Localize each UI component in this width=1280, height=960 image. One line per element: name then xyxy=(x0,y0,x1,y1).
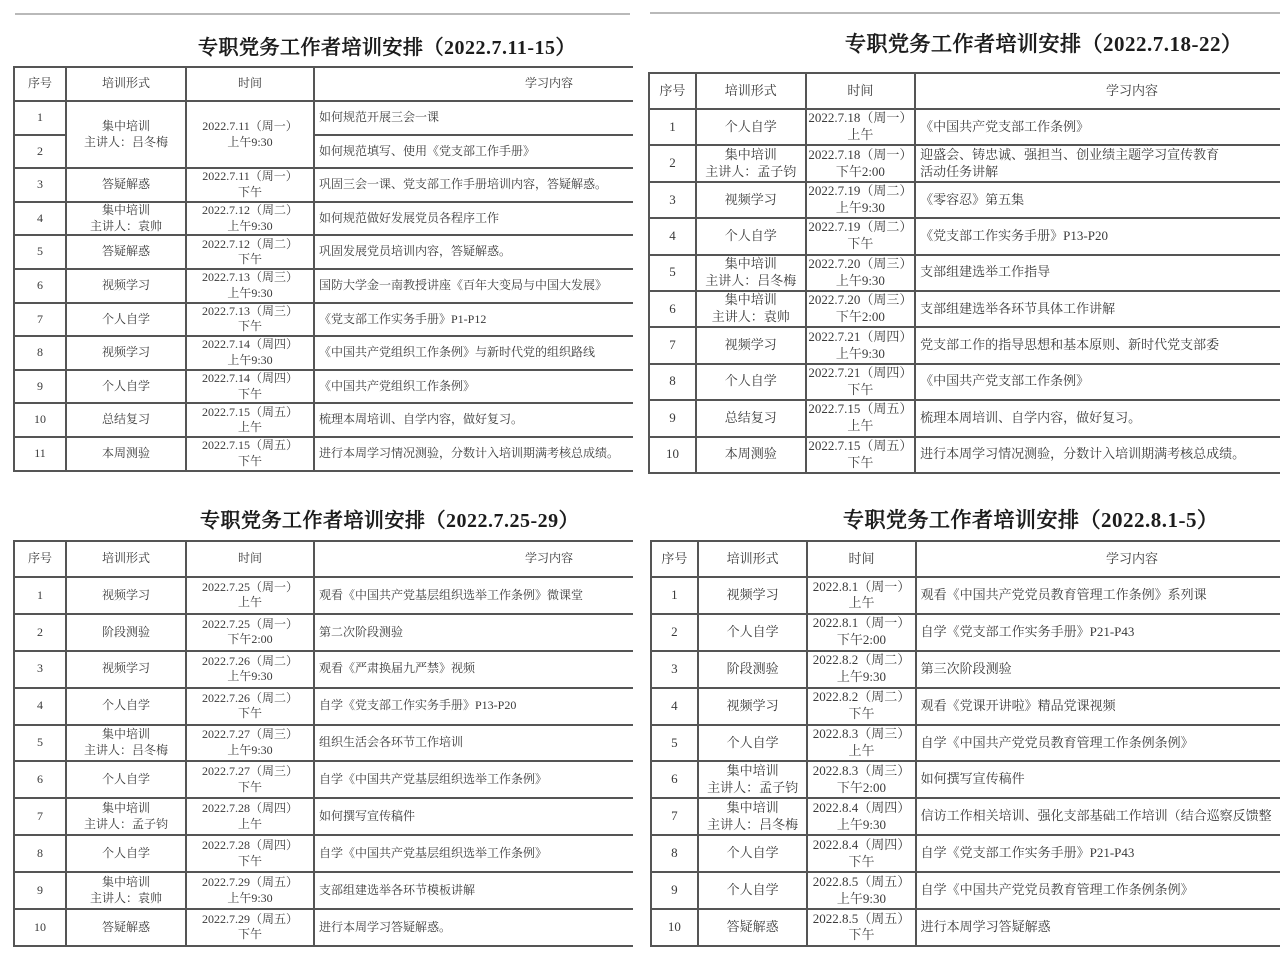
cell-time: 2022.7.13（周三） 上午9:30 xyxy=(186,269,314,303)
column-header-seq: 序号 xyxy=(651,541,698,577)
cell-form: 集中培训 主讲人：袁帅 xyxy=(66,202,186,236)
table-row: 10本周测验2022.7.15（周五） 下午进行本周学习情况测验，分数计入培训期… xyxy=(649,437,1280,473)
cell-content: 自学《党支部工作实务手册》P21-P43 xyxy=(916,614,1280,651)
table-row: 6集中培训 主讲人：袁帅2022.7.20（周三） 下午2:00支部组建选举各环… xyxy=(649,291,1280,327)
header-row: 序号 培训形式 时间 学习内容 xyxy=(651,541,1280,577)
cell-seq: 1 xyxy=(14,101,66,135)
table-row: 10答疑解惑2022.8.5（周五） 下午进行本周学习答疑解惑 xyxy=(651,909,1280,946)
table-row: 6视频学习2022.7.13（周三） 上午9:30国防大学金一南教授讲座《百年大… xyxy=(14,269,633,303)
table-row: 4个人自学2022.7.26（周二） 下午自学《党支部工作实务手册》P13-P2… xyxy=(14,688,633,725)
column-header-content: 学习内容 xyxy=(314,67,633,101)
column-header-seq: 序号 xyxy=(14,541,66,577)
table-row: 8个人自学2022.8.4（周四） 下午自学《党支部工作实务手册》P21-P43 xyxy=(651,835,1280,872)
cell-form: 阶段测验 xyxy=(66,614,186,651)
cell-time: 2022.7.18（周一） 上午 xyxy=(806,109,916,145)
cell-time: 2022.7.11（周一） 下午 xyxy=(186,168,314,202)
table-row: 9集中培训 主讲人：袁帅2022.7.29（周五） 上午9:30支部组建选举各环… xyxy=(14,872,633,909)
cell-seq: 5 xyxy=(14,235,66,269)
cell-time: 2022.7.15（周五） 下午 xyxy=(186,437,314,471)
cell-content: 自学《中国共产党党员教育管理工作条例条例》 xyxy=(916,872,1280,909)
column-header-form: 培训形式 xyxy=(696,73,806,109)
cell-seq: 10 xyxy=(14,909,66,946)
cell-seq: 4 xyxy=(651,688,698,725)
column-header-seq: 序号 xyxy=(649,73,696,109)
table-row: 5答疑解惑2022.7.12（周二） 下午巩固发展党员培训内容，答疑解惑。 xyxy=(14,235,633,269)
cell-seq: 3 xyxy=(651,651,698,688)
cell-form: 答疑解惑 xyxy=(66,235,186,269)
cell-content: 观看《中国共产党党员教育管理工作条例》系列课 xyxy=(916,577,1280,614)
cell-time: 2022.8.1（周一） 上午 xyxy=(807,577,915,614)
cell-form: 个人自学 xyxy=(66,688,186,725)
cell-seq: 2 xyxy=(14,614,66,651)
cell-form: 视频学习 xyxy=(696,182,806,218)
table-row: 5集中培训 主讲人：吕冬梅2022.7.27（周三） 上午9:30组织生活会各环… xyxy=(14,725,633,762)
cell-content: 观看《党课开讲啦》精品党课视频 xyxy=(916,688,1280,725)
cell-seq: 9 xyxy=(14,872,66,909)
cell-seq: 8 xyxy=(649,364,696,400)
cell-time: 2022.7.26（周二） 下午 xyxy=(186,688,314,725)
cell-seq: 9 xyxy=(14,370,66,404)
cell-form: 视频学习 xyxy=(696,327,806,363)
cell-seq: 4 xyxy=(14,202,66,236)
cell-form: 集中培训 主讲人：吕冬梅 xyxy=(66,101,186,168)
cell-time: 2022.7.25（周一） 上午 xyxy=(186,577,314,614)
cell-content: 第二次阶段测验 xyxy=(314,614,633,651)
cell-seq: 6 xyxy=(14,269,66,303)
cell-time: 2022.8.4（周四） 上午9:30 xyxy=(807,798,915,835)
cell-form: 个人自学 xyxy=(66,835,186,872)
cell-time: 2022.8.2（周二） 上午9:30 xyxy=(807,651,915,688)
cell-form: 个人自学 xyxy=(696,109,806,145)
cell-time: 2022.7.28（周四） 下午 xyxy=(186,835,314,872)
cell-seq: 5 xyxy=(14,725,66,762)
cell-content: 自学《中国共产党党员教育管理工作条例条例》 xyxy=(916,725,1280,762)
training-schedule-table-week1: 序号 培训形式 时间 学习内容 1集中培训 主讲人：吕冬梅2022.7.11（周… xyxy=(13,66,633,472)
table-row: 7视频学习2022.7.21（周四） 上午9:30党支部工作的指导思想和基本原则… xyxy=(649,327,1280,363)
scanned-training-schedule-page: { "page": { "background_color": "#ffffff… xyxy=(0,0,1280,960)
cell-time: 2022.7.15（周五） 下午 xyxy=(806,437,916,473)
cell-time: 2022.7.28（周四） 上午 xyxy=(186,798,314,835)
table-row: 8视频学习2022.7.14（周四） 上午9:30《中国共产党组织工作条例》与新… xyxy=(14,336,633,370)
table-row: 3阶段测验2022.8.2（周二） 上午9:30第三次阶段测验 xyxy=(651,651,1280,688)
column-header-form: 培训形式 xyxy=(66,541,186,577)
cell-content: 信访工作相关培训、强化支部基础工作培训（结合巡察反馈整 xyxy=(916,798,1280,835)
cell-content: 观看《中国共产党基层组织选举工作条例》微课堂 xyxy=(314,577,633,614)
cell-form: 视频学习 xyxy=(66,577,186,614)
cell-seq: 5 xyxy=(649,255,696,291)
cell-content: 观看《严肃换届九严禁》视频 xyxy=(314,651,633,688)
cell-content: 进行本周学习答疑解惑 xyxy=(916,909,1280,946)
cell-form: 视频学习 xyxy=(66,651,186,688)
cell-content: 支部组建选举各环节具体工作讲解 xyxy=(915,291,1280,327)
table-title-week4: 专职党务工作者培训安排（2022.8.1-5） xyxy=(843,504,1219,534)
cell-content: 《党支部工作实务手册》P1-P12 xyxy=(314,303,633,337)
cell-time: 2022.7.18（周一） 下午2:00 xyxy=(806,145,916,181)
cell-seq: 1 xyxy=(14,577,66,614)
column-header-time: 时间 xyxy=(186,541,314,577)
cell-time: 2022.7.15（周五） 上午 xyxy=(806,400,916,436)
cell-seq: 8 xyxy=(14,835,66,872)
cell-form: 集中培训 主讲人：吕冬梅 xyxy=(698,798,808,835)
column-header-content: 学习内容 xyxy=(314,541,633,577)
table-row: 3答疑解惑2022.7.11（周一） 下午巩固三会一课、党支部工作手册培训内容，… xyxy=(14,168,633,202)
cell-time: 2022.8.5（周五） 上午9:30 xyxy=(807,872,915,909)
cell-form: 个人自学 xyxy=(66,370,186,404)
table-row: 2集中培训 主讲人：孟子钧2022.7.18（周一） 下午2:00迎盛会、铸忠诚… xyxy=(649,145,1280,181)
cell-content: 自学《中国共产党基层组织选举工作条例》 xyxy=(314,835,633,872)
cell-seq: 7 xyxy=(651,798,698,835)
table-row: 7集中培训 主讲人：吕冬梅2022.8.4（周四） 上午9:30信访工作相关培训… xyxy=(651,798,1280,835)
training-schedule-table-week2: 序号 培训形式 时间 学习内容 1个人自学2022.7.18（周一） 上午《中国… xyxy=(648,72,1280,474)
cell-content: 如何规范填写、使用《党支部工作手册》 xyxy=(314,135,633,169)
cell-time: 2022.7.21（周四） 下午 xyxy=(806,364,916,400)
cell-seq: 3 xyxy=(14,651,66,688)
cell-seq: 10 xyxy=(14,403,66,437)
table-row: 1个人自学2022.7.18（周一） 上午《中国共产党支部工作条例》 xyxy=(649,109,1280,145)
cell-content: 支部组建选举各环节模板讲解 xyxy=(314,872,633,909)
cell-seq: 9 xyxy=(649,400,696,436)
cell-time: 2022.7.19（周二） 下午 xyxy=(806,218,916,254)
column-header-time: 时间 xyxy=(806,73,916,109)
table-title-week1: 专职党务工作者培训安排（2022.7.11-15） xyxy=(198,31,576,60)
table-row: 6集中培训 主讲人：孟子钧2022.8.3（周三） 下午2:00如何撰写宣传稿件 xyxy=(651,761,1280,798)
table-row: 3视频学习2022.7.26（周二） 上午9:30观看《严肃换届九严禁》视频 xyxy=(14,651,633,688)
cell-form: 总结复习 xyxy=(696,400,806,436)
cell-form: 集中培训 主讲人：孟子钧 xyxy=(698,761,808,798)
cell-form: 个人自学 xyxy=(698,835,808,872)
cell-form: 个人自学 xyxy=(66,761,186,798)
cell-content: 自学《党支部工作实务手册》P21-P43 xyxy=(916,835,1280,872)
cell-time: 2022.8.1（周一） 下午2:00 xyxy=(807,614,915,651)
cell-seq: 3 xyxy=(649,182,696,218)
cell-content: 自学《党支部工作实务手册》P13-P20 xyxy=(314,688,633,725)
table-row: 4集中培训 主讲人：袁帅2022.7.12（周二） 上午9:30如何规范做好发展… xyxy=(14,202,633,236)
table-row: 2个人自学2022.8.1（周一） 下午2:00自学《党支部工作实务手册》P21… xyxy=(651,614,1280,651)
table-row: 4个人自学2022.7.19（周二） 下午《党支部工作实务手册》P13-P20 xyxy=(649,218,1280,254)
cell-seq: 5 xyxy=(651,725,698,762)
header-row: 序号 培训形式 时间 学习内容 xyxy=(649,73,1280,109)
cell-content: 如何规范做好发展党员各程序工作 xyxy=(314,202,633,236)
table-row: 9个人自学2022.8.5（周五） 上午9:30自学《中国共产党党员教育管理工作… xyxy=(651,872,1280,909)
cell-time: 2022.7.29（周五） 上午9:30 xyxy=(186,872,314,909)
cell-content: 支部组建选举工作指导 xyxy=(915,255,1280,291)
cell-form: 答疑解惑 xyxy=(66,168,186,202)
cell-content: 第三次阶段测验 xyxy=(916,651,1280,688)
cell-seq: 10 xyxy=(651,909,698,946)
cell-content: 组织生活会各环节工作培训 xyxy=(314,725,633,762)
cell-form: 集中培训 主讲人：孟子钧 xyxy=(66,798,186,835)
table-row: 5集中培训 主讲人：吕冬梅2022.7.20（周三） 上午9:30支部组建选举工… xyxy=(649,255,1280,291)
cell-time: 2022.7.27（周三） 下午 xyxy=(186,761,314,798)
cell-form: 集中培训 主讲人：吕冬梅 xyxy=(66,725,186,762)
cell-time: 2022.7.15（周五） 上午 xyxy=(186,403,314,437)
cell-time: 2022.7.14（周四） 上午9:30 xyxy=(186,336,314,370)
column-header-time: 时间 xyxy=(186,67,314,101)
cell-time: 2022.7.20（周三） 上午9:30 xyxy=(806,255,916,291)
cell-content: 《中国共产党支部工作条例》 xyxy=(915,364,1280,400)
cell-seq: 6 xyxy=(649,291,696,327)
table-row: 8个人自学2022.7.21（周四） 下午《中国共产党支部工作条例》 xyxy=(649,364,1280,400)
table-row: 6个人自学2022.7.27（周三） 下午自学《中国共产党基层组织选举工作条例》 xyxy=(14,761,633,798)
cell-seq: 2 xyxy=(649,145,696,181)
cell-seq: 7 xyxy=(14,798,66,835)
table-title-week2: 专职党务工作者培训安排（2022.7.18-22） xyxy=(845,28,1243,58)
cell-form: 视频学习 xyxy=(698,577,808,614)
cell-seq: 7 xyxy=(649,327,696,363)
cell-time: 2022.7.19（周二） 上午9:30 xyxy=(806,182,916,218)
table-row: 4视频学习2022.8.2（周二） 下午观看《党课开讲啦》精品党课视频 xyxy=(651,688,1280,725)
cell-content: 梳理本周培训、自学内容，做好复习。 xyxy=(314,403,633,437)
cell-content: 如何规范开展三会一课 xyxy=(314,101,633,135)
table-row: 1视频学习2022.7.25（周一） 上午观看《中国共产党基层组织选举工作条例》… xyxy=(14,577,633,614)
cell-time: 2022.7.27（周三） 上午9:30 xyxy=(186,725,314,762)
training-schedule-table-week4: 序号 培训形式 时间 学习内容 1视频学习2022.8.1（周一） 上午观看《中… xyxy=(650,540,1280,947)
table-row: 9总结复习2022.7.15（周五） 上午梳理本周培训、自学内容，做好复习。 xyxy=(649,400,1280,436)
cell-content: 《党支部工作实务手册》P13-P20 xyxy=(915,218,1280,254)
table-row: 1集中培训 主讲人：吕冬梅2022.7.11（周一） 上午9:30如何规范开展三… xyxy=(14,101,633,135)
cell-time: 2022.7.13（周三） 下午 xyxy=(186,303,314,337)
cell-form: 视频学习 xyxy=(698,688,808,725)
cell-form: 个人自学 xyxy=(696,364,806,400)
cell-seq: 4 xyxy=(14,688,66,725)
cell-time: 2022.8.5（周五） 下午 xyxy=(807,909,915,946)
cell-content: 如何撰写宣传稿件 xyxy=(916,761,1280,798)
cell-time: 2022.7.25（周一） 下午2:00 xyxy=(186,614,314,651)
cell-form: 阶段测验 xyxy=(698,651,808,688)
cell-seq: 7 xyxy=(14,303,66,337)
cell-time: 2022.7.12（周二） 上午9:30 xyxy=(186,202,314,236)
cell-form: 总结复习 xyxy=(66,403,186,437)
cell-form: 集中培训 主讲人：吕冬梅 xyxy=(696,255,806,291)
cell-content: 迎盛会、铸忠诚、强担当、创业绩主题学习宣传教育 活动任务讲解 xyxy=(915,145,1280,181)
cell-content: 进行本周学习情况测验，分数计入培训期满考核总成绩。 xyxy=(915,437,1280,473)
cell-seq: 2 xyxy=(651,614,698,651)
table-row: 2阶段测验2022.7.25（周一） 下午2:00第二次阶段测验 xyxy=(14,614,633,651)
table-row: 11本周测验2022.7.15（周五） 下午进行本周学习情况测验，分数计入培训期… xyxy=(14,437,633,471)
cell-content: 《中国共产党组织工作条例》 xyxy=(314,370,633,404)
header-row: 序号 培训形式 时间 学习内容 xyxy=(14,541,633,577)
table-row: 1视频学习2022.8.1（周一） 上午观看《中国共产党党员教育管理工作条例》系… xyxy=(651,577,1280,614)
cell-time: 2022.8.3（周三） 下午2:00 xyxy=(807,761,915,798)
table-row: 7个人自学2022.7.13（周三） 下午《党支部工作实务手册》P1-P12 xyxy=(14,303,633,337)
cell-form: 答疑解惑 xyxy=(66,909,186,946)
cell-time: 2022.8.4（周四） 下午 xyxy=(807,835,915,872)
cell-seq: 1 xyxy=(649,109,696,145)
column-header-form: 培训形式 xyxy=(66,67,186,101)
cell-form: 本周测验 xyxy=(66,437,186,471)
cell-seq: 6 xyxy=(651,761,698,798)
cell-form: 本周测验 xyxy=(696,437,806,473)
cell-time: 2022.7.12（周二） 下午 xyxy=(186,235,314,269)
cell-content: 《中国共产党支部工作条例》 xyxy=(915,109,1280,145)
cell-content: 国防大学金一南教授讲座《百年大变局与中国大发展》 xyxy=(314,269,633,303)
column-header-content: 学习内容 xyxy=(916,541,1280,577)
table-row: 8个人自学2022.7.28（周四） 下午自学《中国共产党基层组织选举工作条例》 xyxy=(14,835,633,872)
cell-content: 进行本周学习情况测验，分数计入培训期满考核总成绩。 xyxy=(314,437,633,471)
table-row: 7集中培训 主讲人：孟子钧2022.7.28（周四） 上午如何撰写宣传稿件 xyxy=(14,798,633,835)
cell-form: 答疑解惑 xyxy=(698,909,808,946)
cell-content: 进行本周学习答疑解惑。 xyxy=(314,909,633,946)
cell-time: 2022.7.14（周四） 下午 xyxy=(186,370,314,404)
cell-time: 2022.7.11（周一） 上午9:30 xyxy=(186,101,314,168)
cell-seq: 9 xyxy=(651,872,698,909)
cell-seq: 2 xyxy=(14,135,66,169)
cell-content: 自学《中国共产党基层组织选举工作条例》 xyxy=(314,761,633,798)
column-header-form: 培训形式 xyxy=(698,541,808,577)
cell-form: 视频学习 xyxy=(66,336,186,370)
cell-content: 党支部工作的指导思想和基本原则、新时代党支部委 xyxy=(915,327,1280,363)
cell-seq: 10 xyxy=(649,437,696,473)
table-title-week3: 专职党务工作者培训安排（2022.7.25-29） xyxy=(200,504,579,533)
table-row: 10总结复习2022.7.15（周五） 上午梳理本周培训、自学内容，做好复习。 xyxy=(14,403,633,437)
table-row: 9个人自学2022.7.14（周四） 下午《中国共产党组织工作条例》 xyxy=(14,370,633,404)
column-header-content: 学习内容 xyxy=(915,73,1280,109)
cell-form: 集中培训 主讲人：孟子钧 xyxy=(696,145,806,181)
cell-form: 个人自学 xyxy=(698,872,808,909)
cell-form: 个人自学 xyxy=(698,614,808,651)
cell-form: 集中培训 主讲人：袁帅 xyxy=(66,872,186,909)
cell-seq: 6 xyxy=(14,761,66,798)
cropped-table-bottom-border-left xyxy=(15,13,630,15)
cell-seq: 4 xyxy=(649,218,696,254)
cell-seq: 8 xyxy=(651,835,698,872)
cell-content: 巩固三会一课、党支部工作手册培训内容，答疑解惑。 xyxy=(314,168,633,202)
cell-seq: 8 xyxy=(14,336,66,370)
cell-form: 视频学习 xyxy=(66,269,186,303)
cell-content: 如何撰写宣传稿件 xyxy=(314,798,633,835)
cell-content: 《零容忍》第五集 xyxy=(915,182,1280,218)
cell-form: 集中培训 主讲人：袁帅 xyxy=(696,291,806,327)
table-row: 5个人自学2022.8.3（周三） 上午自学《中国共产党党员教育管理工作条例条例… xyxy=(651,725,1280,762)
cell-content: 《中国共产党组织工作条例》与新时代党的组织路线 xyxy=(314,336,633,370)
cell-time: 2022.7.21（周四） 上午9:30 xyxy=(806,327,916,363)
header-row: 序号 培训形式 时间 学习内容 xyxy=(14,67,633,101)
cropped-table-bottom-border-right xyxy=(650,12,1280,14)
cell-form: 个人自学 xyxy=(696,218,806,254)
cell-content: 梳理本周培训、自学内容，做好复习。 xyxy=(915,400,1280,436)
training-schedule-table-week3: 序号 培训形式 时间 学习内容 1视频学习2022.7.25（周一） 上午观看《… xyxy=(13,540,633,947)
cell-time: 2022.8.3（周三） 上午 xyxy=(807,725,915,762)
cell-time: 2022.7.20（周三） 下午2:00 xyxy=(806,291,916,327)
table-row: 10答疑解惑2022.7.29（周五） 下午进行本周学习答疑解惑。 xyxy=(14,909,633,946)
column-header-time: 时间 xyxy=(807,541,915,577)
cell-time: 2022.7.29（周五） 下午 xyxy=(186,909,314,946)
cell-form: 个人自学 xyxy=(66,303,186,337)
cell-seq: 3 xyxy=(14,168,66,202)
cell-seq: 1 xyxy=(651,577,698,614)
cell-content: 巩固发展党员培训内容，答疑解惑。 xyxy=(314,235,633,269)
cell-form: 个人自学 xyxy=(698,725,808,762)
cell-time: 2022.7.26（周二） 上午9:30 xyxy=(186,651,314,688)
column-header-seq: 序号 xyxy=(14,67,66,101)
table-row: 3视频学习2022.7.19（周二） 上午9:30《零容忍》第五集 xyxy=(649,182,1280,218)
cell-seq: 11 xyxy=(14,437,66,471)
cell-time: 2022.8.2（周二） 下午 xyxy=(807,688,915,725)
